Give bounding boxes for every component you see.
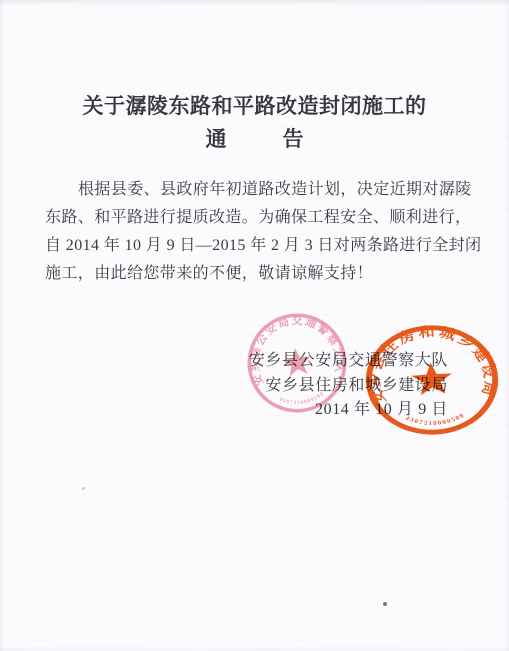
housing-seal-stamp: 安乡县住房和城乡建设局 4307210000508 bbox=[362, 322, 502, 438]
paper-speck bbox=[82, 487, 85, 490]
body-line-2: 东路、和平路进行提质改造。为确保工程安全、顺利进行， bbox=[45, 204, 479, 232]
star-icon bbox=[410, 361, 453, 395]
police-seal-stamp: 安乡县公安局交通警察大队 4307210000108 bbox=[244, 310, 350, 416]
body-line-4: 施工，由此给您带来的不便，敬请谅解支持！ bbox=[45, 260, 479, 288]
star-icon bbox=[281, 346, 313, 377]
police-seal-ring-text: 安乡县公安局交通警察大队 bbox=[244, 310, 349, 388]
subtitle-word-left: 通 bbox=[206, 123, 227, 153]
scanned-notice-page: 关于潺陵东路和平路改造封闭施工的 通 告 根据县委、县政府年初道路改造计划，决定… bbox=[0, 0, 509, 651]
body-line-1: 根据县委、县政府年初道路改造计划，决定近期对潺陵 bbox=[45, 176, 479, 204]
paper-speck bbox=[383, 602, 387, 606]
svg-text:安乡县公安局交通警察大队: 安乡县公安局交通警察大队 bbox=[244, 310, 349, 388]
subtitle-word-right: 告 bbox=[283, 123, 304, 153]
notice-title: 关于潺陵东路和平路改造封闭施工的 bbox=[0, 90, 509, 120]
notice-body: 根据县委、县政府年初道路改造计划，决定近期对潺陵 东路、和平路进行提质改造。为确… bbox=[45, 176, 479, 288]
housing-seal-ring-text: 安乡县住房和城乡建设局 bbox=[362, 322, 502, 407]
svg-text:安乡县住房和城乡建设局: 安乡县住房和城乡建设局 bbox=[362, 322, 502, 407]
body-line-3: 自 2014 年 10 月 9 日—2015 年 2 月 3 日对两条路进行全封… bbox=[45, 232, 479, 260]
notice-subtitle: 通 告 bbox=[0, 123, 509, 153]
